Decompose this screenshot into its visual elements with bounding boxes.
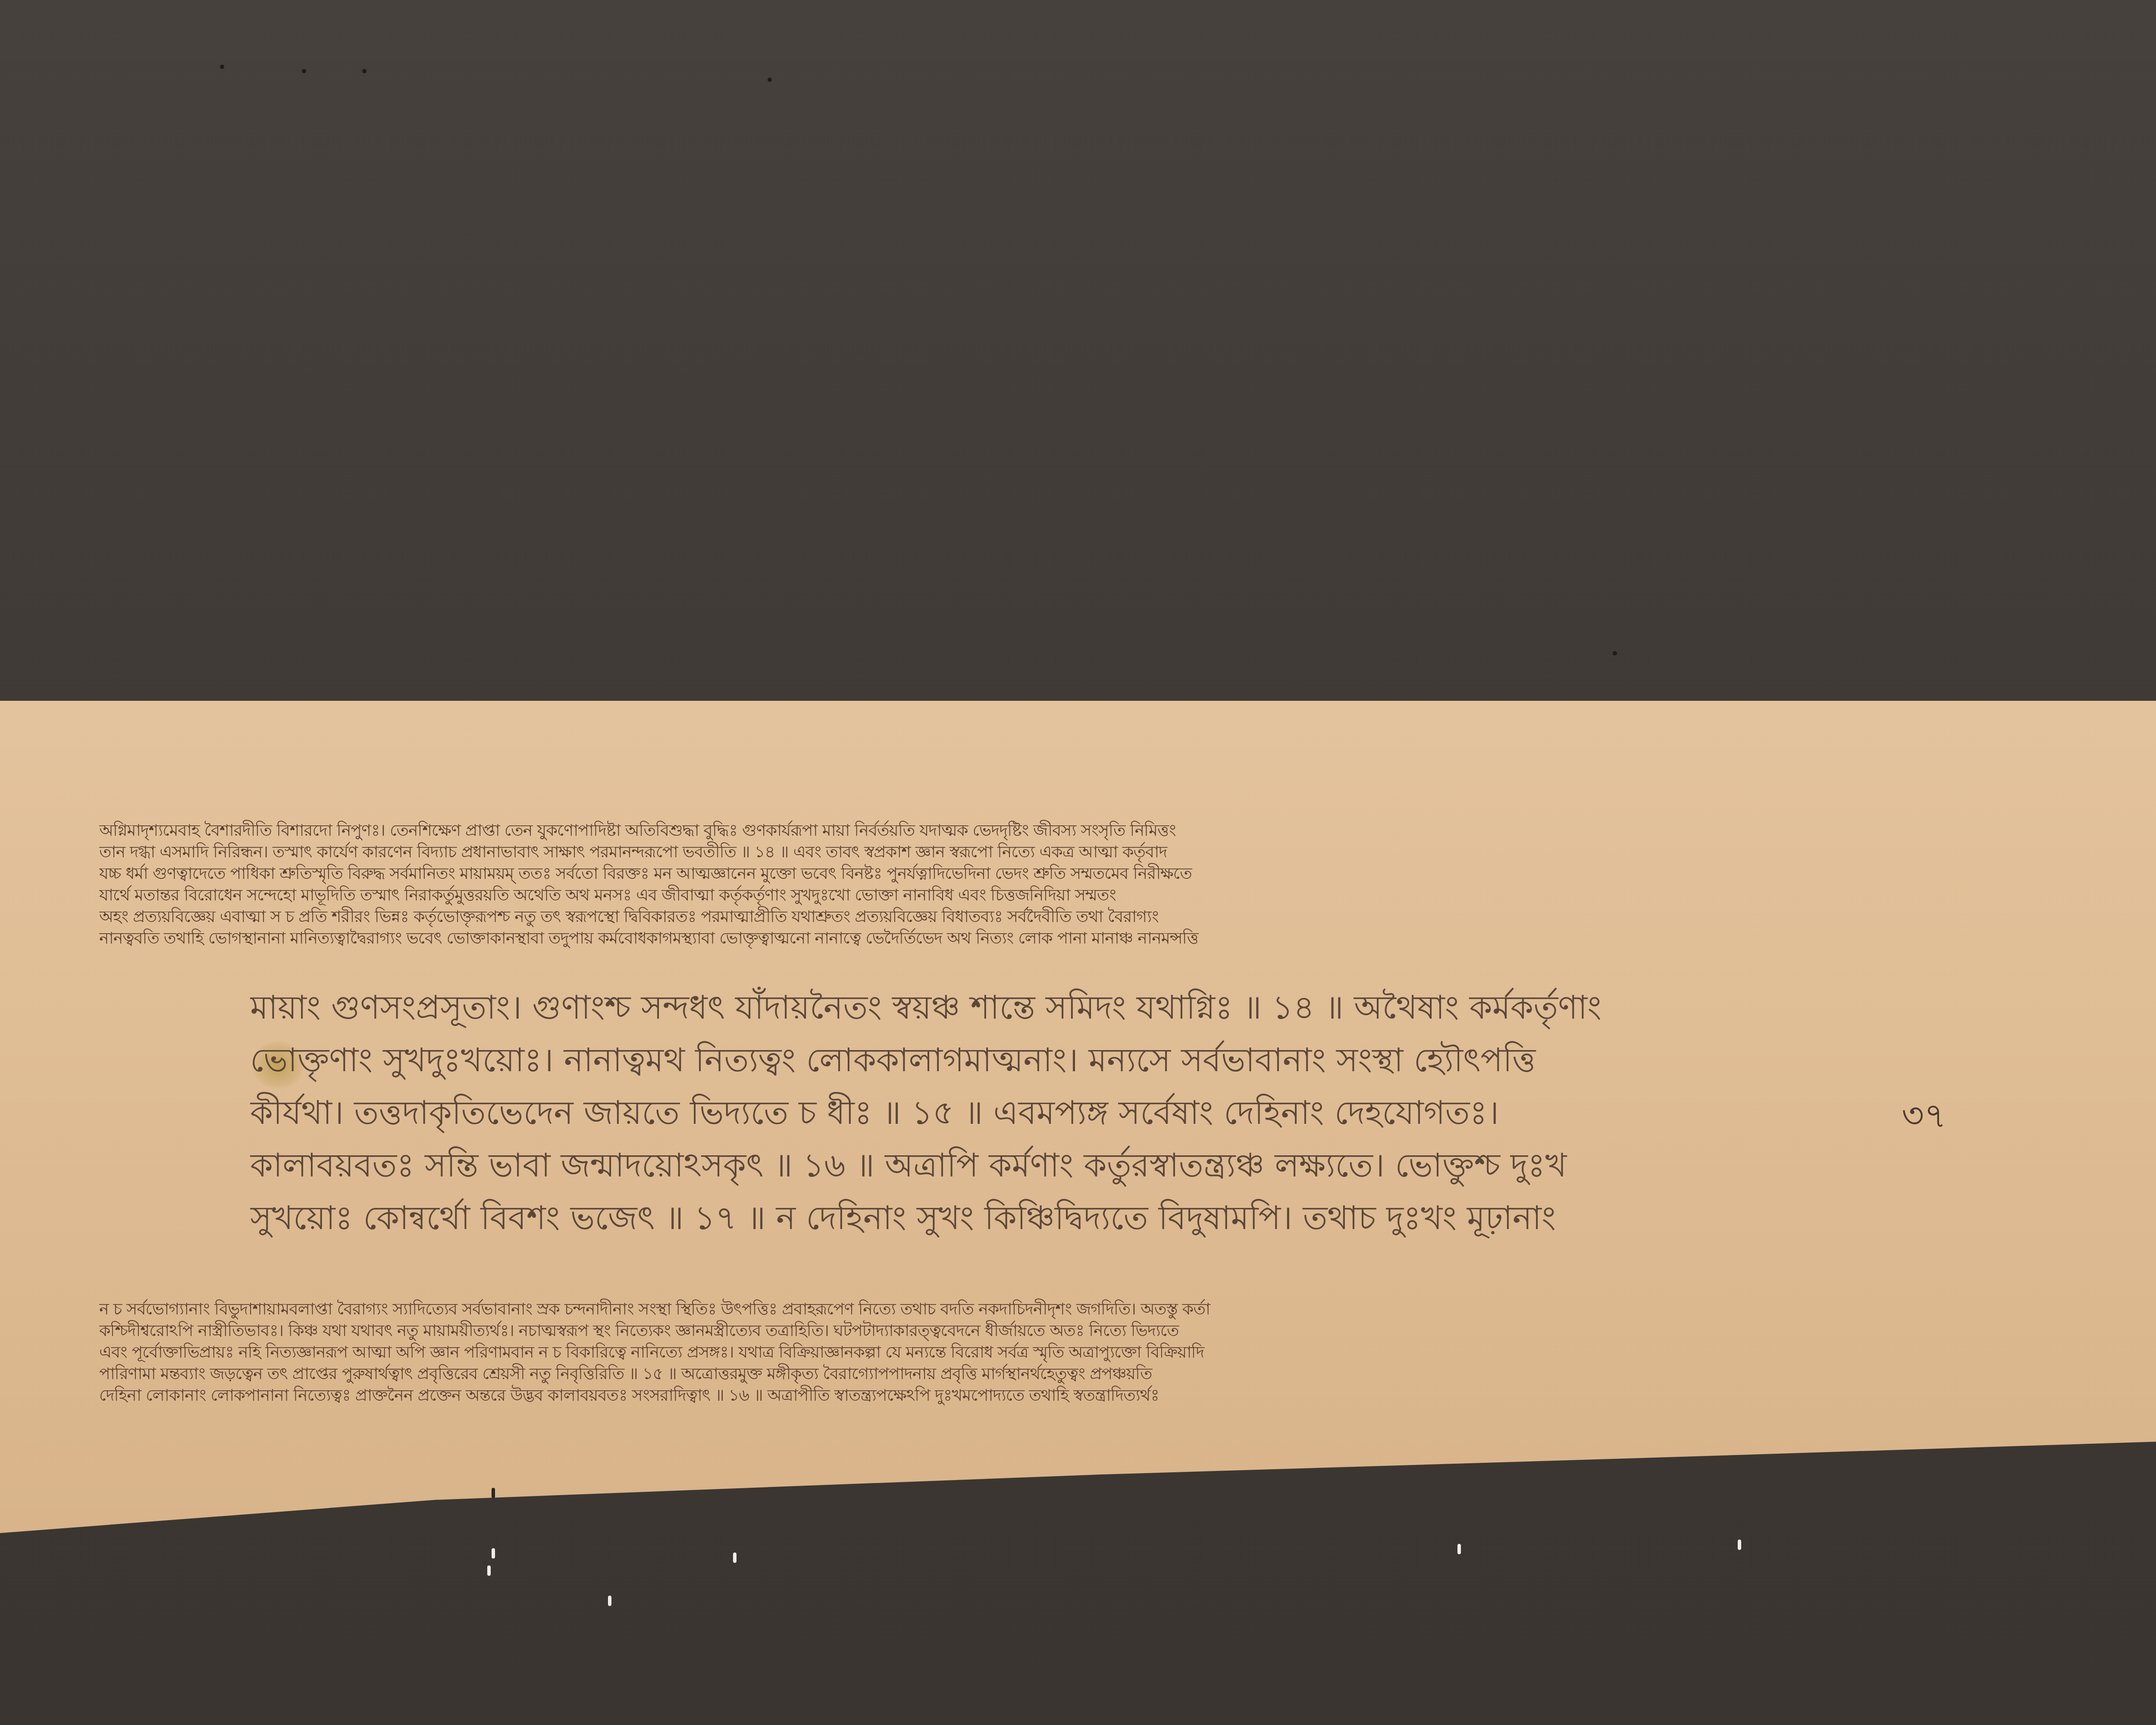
- commentary-line: কশ্চিদীশ্বরোঽপি নাস্ত্রীতিভাবঃ। কিঞ্চ যথ…: [99, 1320, 2022, 1341]
- commentary-line: অগ্নিমাদৃশ্যমেবাহ বৈশারদীতি বিশারদো নিপু…: [99, 819, 2022, 841]
- mounting-pin: [492, 1548, 495, 1559]
- commentary-line: পারিণামা মন্তব্যাং জড়ত্বেন তৎ প্রাপ্তের…: [99, 1363, 2022, 1384]
- mounting-board: অগ্নিমাদৃশ্যমেবাহ বৈশারদীতি বিশারদো নিপু…: [0, 0, 2156, 1725]
- mounting-pin: [492, 1488, 495, 1498]
- commentary-line: যার্থে মতান্তর বিরোধেন সন্দেহো মাভূদিতি …: [99, 884, 2022, 906]
- verse-line: সুখয়োঃ কোন্বর্থো বিবশং ভজেৎ ॥ ১৭ ॥ ন দে…: [250, 1192, 1889, 1244]
- commentary-line: তান দগ্ধা এসমাদি নিরিন্ধন। তস্মাৎ কার্যে…: [99, 841, 2022, 862]
- dust-speck: [362, 69, 367, 73]
- mounting-pin: [1738, 1540, 1741, 1550]
- mounting-pin: [487, 1565, 491, 1576]
- verse-line: মায়াং গুণসংপ্রসূতাং। গুণাংশ্চ সন্দধৎ যা…: [250, 981, 1889, 1034]
- commentary-bottom-block: ন চ সর্বভোগ্যানাং বিভুদাশায়ামবলাপ্তা বৈ…: [99, 1298, 2022, 1406]
- commentary-top-block: অগ্নিমাদৃশ্যমেবাহ বৈশারদীতি বিশারদো নিপু…: [99, 819, 2022, 949]
- mounting-pin: [608, 1596, 611, 1606]
- dust-speck: [302, 69, 306, 73]
- manuscript-leaf: অগ্নিমাদৃশ্যমেবাহ বৈশারদীতি বিশারদো নিপু…: [0, 701, 2156, 1533]
- commentary-line: যচ্চ ধর্মা গুণত্বাদেতে পাধিকা শ্রুতিস্মৃ…: [99, 862, 2022, 884]
- commentary-line: ন চ সর্বভোগ্যানাং বিভুদাশায়ামবলাপ্তা বৈ…: [99, 1298, 2022, 1320]
- dust-speck: [1613, 651, 1617, 655]
- commentary-line: অহং প্রত্যয়বিজ্ঞেয় এবাত্মা স চ প্রতি শ…: [99, 906, 2022, 927]
- commentary-line: নানত্ববতি তথাহি ভোগস্থানানা মানিত্যত্বাদ…: [99, 927, 2022, 949]
- dust-speck: [220, 65, 224, 69]
- verse-line: কীর্যথা। তত্তদাকৃতিভেদেন জায়তে ভিদ্যতে …: [250, 1086, 1889, 1139]
- dust-speck: [768, 78, 772, 82]
- main-verse-block: মায়াং গুণসংপ্রসূতাং। গুণাংশ্চ সন্দধৎ যা…: [250, 981, 1889, 1244]
- commentary-line: দেহিনা লোকানাং লোকপানানা নিত্যেত্বঃ প্রা…: [99, 1384, 2022, 1406]
- mounting-pin: [733, 1552, 736, 1563]
- verse-line: কালাবয়বতঃ সন্তি ভাবা জন্মাদয়োঽসকৃৎ ॥ ১…: [250, 1139, 1889, 1192]
- mounting-pin: [1457, 1544, 1461, 1554]
- commentary-line: এবং পূর্বোক্তাভিপ্রায়ঃ নহি নিত্যজ্ঞানরূ…: [99, 1341, 2022, 1363]
- folio-number: ৩৭: [1902, 1089, 1946, 1147]
- verse-line: ভোক্তৃণাং সুখদুঃখয়োঃ। নানাত্বমথ নিত্যত্…: [250, 1034, 1889, 1086]
